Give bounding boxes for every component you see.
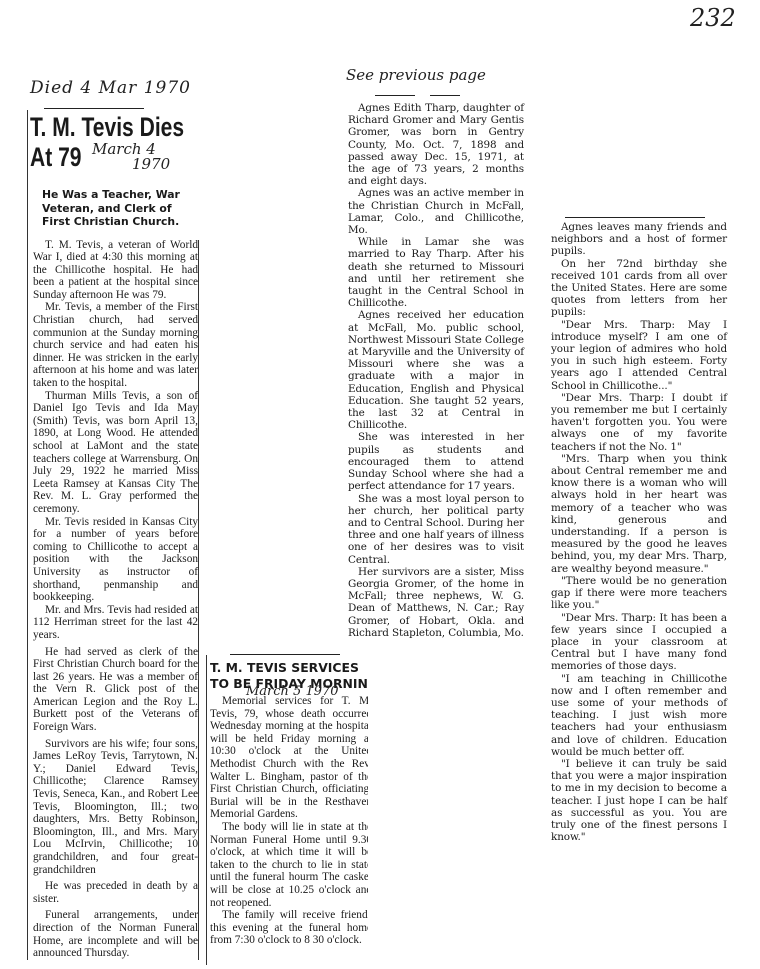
tevis-services: T. M. TEVIS SERVICES TO BE FRIDAY MORNIN… <box>210 660 368 947</box>
headline-line-1: T. M. Tevis Dies <box>30 112 161 142</box>
tevis-obituary: T. M. Tevis Dies At 79 March 4 1970 He W… <box>30 112 198 960</box>
paragraph: "I believe it can truly be said that you… <box>551 758 727 843</box>
died-date-annotation: Died 4 Mar 1970 <box>30 78 191 98</box>
services-body: Memorial services for T. M. Tevis, 79, w… <box>210 695 368 947</box>
paragraph: Agnes Edith Tharp, daughter of Richard G… <box>348 102 524 187</box>
paragraph: She was interested in her pupils as stud… <box>348 431 524 492</box>
paragraph: Agnes leaves many friends and neighbors … <box>551 221 727 258</box>
paragraph: "Mrs. Tharp when you think about Central… <box>551 453 727 575</box>
tharp-obituary-column-2: Agnes leaves many friends and neighbors … <box>551 221 727 843</box>
tharp-obituary-column-1: Agnes Edith Tharp, daughter of Richard G… <box>348 102 524 639</box>
obituary-body: T. M. Tevis, a veteran of World War I, d… <box>30 239 198 960</box>
paragraph: While in Lamar she was married to Ray Th… <box>348 236 524 309</box>
clipping-border <box>198 240 199 960</box>
services-handwritten-date: March 5 1970 <box>246 684 339 699</box>
paragraph: Mr. and Mrs. Tevis had resided at 112 He… <box>33 604 198 642</box>
clipping-border <box>27 110 28 960</box>
paragraph: Agnes was an active member in the Christ… <box>348 187 524 236</box>
divider <box>375 95 415 96</box>
paragraph: "Dear Mrs. Tharp: I doubt if you remembe… <box>551 392 727 453</box>
handwritten-date: March 4 1970 <box>92 142 170 172</box>
divider <box>230 654 340 655</box>
paragraph: Agnes received her education at McFall, … <box>348 309 524 431</box>
paragraph: She was a most loyal person to her churc… <box>348 493 524 566</box>
divider <box>44 108 144 109</box>
paragraph: Her survivors are a sister, Miss Georgia… <box>348 566 524 639</box>
paragraph: T. M. Tevis, a veteran of World War I, d… <box>33 239 198 302</box>
paragraph: The body will lie in state at the Norman… <box>210 821 368 909</box>
paragraph: Memorial services for T. M. Tevis, 79, w… <box>210 695 368 821</box>
obituary-subhead: He Was a Teacher, War Veteran, and Clerk… <box>42 188 198 229</box>
paragraph: "I am teaching in Chillicothe now and I … <box>551 673 727 758</box>
divider <box>430 95 460 96</box>
paragraph: Mr. Tevis, a member of the First Christi… <box>33 301 198 389</box>
paragraph: Survivors are his wife; four sons, James… <box>33 738 198 877</box>
paragraph: Thurman Mills Tevis, a son of Daniel Igo… <box>33 390 198 516</box>
paragraph: "There would be no generation gap if the… <box>551 575 727 612</box>
paragraph: He had served as clerk of the First Chri… <box>33 646 198 734</box>
paragraph: On her 72nd birthday she received 101 ca… <box>551 258 727 319</box>
paragraph: "Dear Mrs. Tharp: It has been a few year… <box>551 612 727 673</box>
page-number-annotation: 232 <box>690 4 736 32</box>
handwritten-date-line-2: 1970 <box>92 157 170 172</box>
obituary-headline: T. M. Tevis Dies At 79 March 4 1970 <box>30 112 198 176</box>
paragraph: "Dear Mrs. Tharp: May I introduce myself… <box>551 319 727 392</box>
clipping-border <box>206 655 207 965</box>
services-headline-line-1: T. M. TEVIS SERVICES <box>210 660 368 676</box>
divider <box>565 217 705 218</box>
paragraph: The family will receive friends this eve… <box>210 909 368 947</box>
see-previous-page-annotation: See previous page <box>346 66 486 84</box>
paragraph: Funeral arrangements, under direction of… <box>33 909 198 959</box>
paragraph: He was preceded in death by a sister. <box>33 880 198 905</box>
paragraph: Mr. Tevis resided in Kansas City for a n… <box>33 516 198 604</box>
